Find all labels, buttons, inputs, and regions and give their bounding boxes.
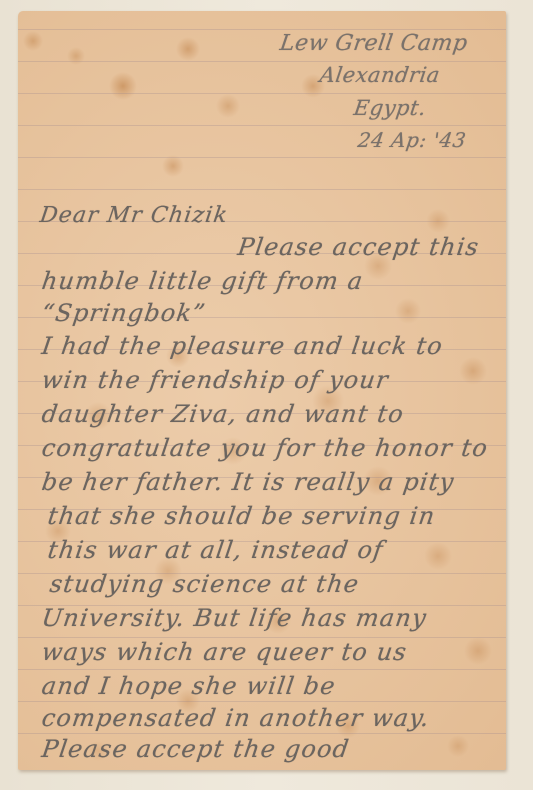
address-line-city: Alexandria <box>318 63 441 87</box>
body-line: that she should be serving in <box>46 502 437 530</box>
body-line: Please accept this <box>236 233 481 261</box>
body-line: ways which are queer to us <box>40 638 409 666</box>
body-line: and I hope she will be <box>40 672 338 700</box>
body-line: University. But life has many <box>40 604 429 632</box>
letter-paper: Lew Grell Camp Alexandria Egypt. 24 Ap: … <box>18 11 506 770</box>
body-line: congratulate you for the honor to <box>40 434 490 462</box>
body-line: win the friendship of your <box>40 366 391 394</box>
body-line: daughter Ziva, and want to <box>40 400 406 428</box>
body-line: I had the pleasure and luck to <box>40 332 445 360</box>
body-line: this war at all, instead of <box>46 536 385 564</box>
body-line: Please accept the good <box>40 735 351 763</box>
address-line-country: Egypt. <box>352 96 428 120</box>
body-line: be her father. It is really a pity <box>40 468 456 496</box>
body-line: humble little gift from a <box>40 267 365 295</box>
salutation: Dear Mr Chizik <box>38 203 230 228</box>
body-line: “Springbok” <box>40 299 208 327</box>
body-line: compensated in another way. <box>40 704 432 732</box>
body-line: studying science at the <box>48 570 361 598</box>
address-line-camp: Lew Grell Camp <box>278 31 469 56</box>
letter-date: 24 Ap: '43 <box>356 128 467 152</box>
